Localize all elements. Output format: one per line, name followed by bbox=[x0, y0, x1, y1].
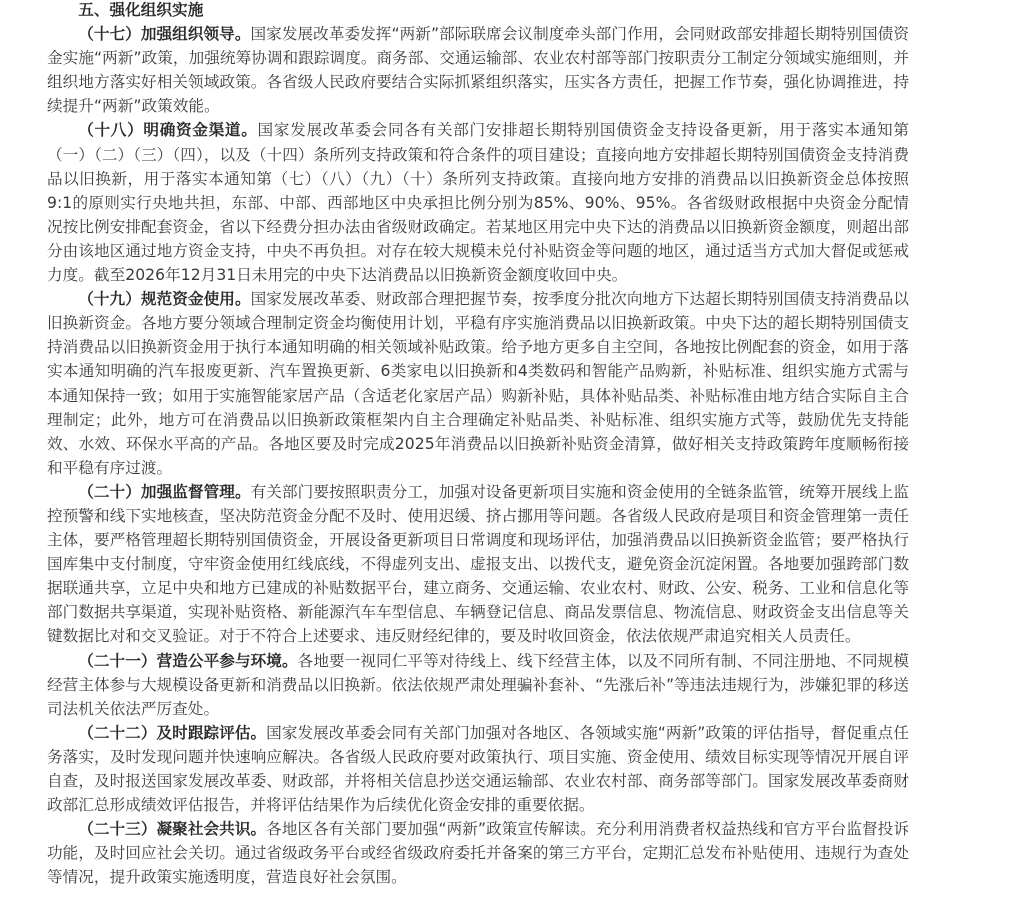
item-title: （二十）加强监督管理。 bbox=[78, 483, 250, 501]
item-title: （二十二）及时跟踪评估。 bbox=[78, 724, 266, 742]
item-body: 国家发展改革委、财政部合理把握节奏，按季度分批次向地方下达超长期特别国债支持消费… bbox=[47, 290, 909, 477]
paragraph-18: （十八）明确资金渠道。国家发展改革委会同各有关部门安排超长期特别国债资金支持设备… bbox=[47, 118, 909, 287]
item-title: （十七）加强组织领导。 bbox=[78, 25, 250, 43]
paragraph-19: （十九）规范资金使用。国家发展改革委、财政部合理把握节奏，按季度分批次向地方下达… bbox=[47, 287, 909, 480]
paragraph-21: （二十一）营造公平参与环境。各地要一视同仁平等对待线上、线下经营主体，以及不同所… bbox=[47, 649, 909, 721]
item-body: 国家发展改革委会同各有关部门安排超长期特别国债资金支持设备更新，用于落实本通知第… bbox=[47, 121, 909, 284]
item-title: （二十一）营造公平参与环境。 bbox=[78, 652, 297, 670]
paragraph-23: （二十三）凝聚社会共识。各地区各有关部门要加强“两新”政策宣传解读。充分利用消费… bbox=[47, 817, 909, 889]
paragraph-17: （十七）加强组织领导。国家发展改革委发挥“两新”部际联席会议制度牵头部门作用，会… bbox=[47, 22, 909, 118]
paragraph-20: （二十）加强监督管理。有关部门要按照职责分工，加强对设备更新项目实施和资金使用的… bbox=[47, 480, 909, 649]
item-body: 有关部门要按照职责分工，加强对设备更新项目实施和资金使用的全链条监管，统筹开展线… bbox=[47, 483, 909, 646]
item-title: （十八）明确资金渠道。 bbox=[78, 121, 257, 139]
article-body: 五、强化组织实施 （十七）加强组织领导。国家发展改革委发挥“两新”部际联席会议制… bbox=[47, 0, 909, 889]
item-title: （十九）规范资金使用。 bbox=[78, 290, 250, 308]
section-heading: 五、强化组织实施 bbox=[47, 0, 909, 22]
item-title: （二十三）凝聚社会共识。 bbox=[78, 820, 266, 838]
paragraph-22: （二十二）及时跟踪评估。国家发展改革委会同有关部门加强对各地区、各领域实施“两新… bbox=[47, 721, 909, 817]
